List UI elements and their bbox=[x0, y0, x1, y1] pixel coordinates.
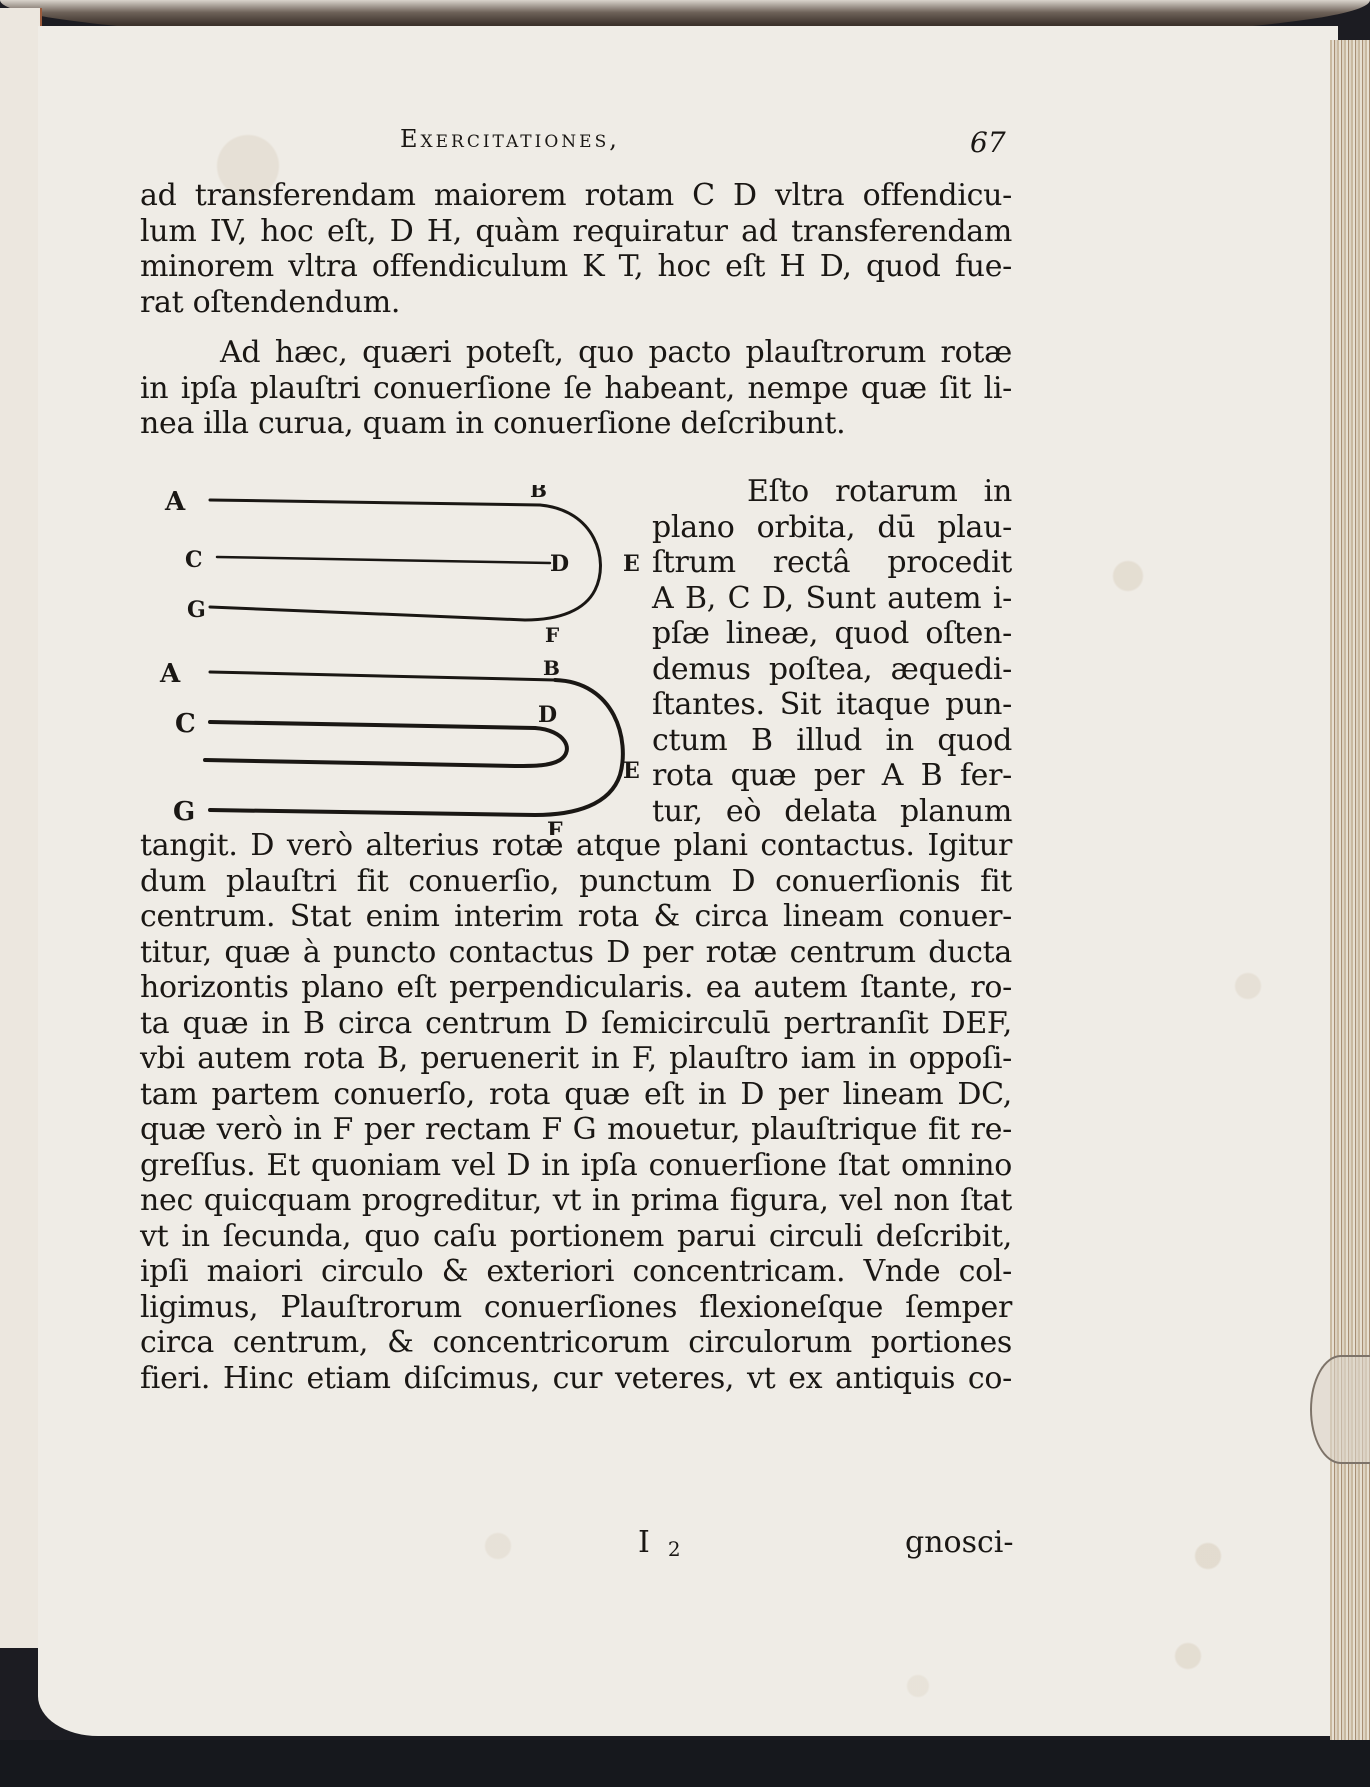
running-head: Exercitationes, bbox=[400, 125, 620, 153]
text-line: vt in ſecunda, quo caſu portionem parui … bbox=[140, 1219, 1012, 1255]
text-line: pſæ lineæ, quod oſten- bbox=[652, 616, 1012, 652]
label-a: A bbox=[164, 487, 186, 517]
label-e: E bbox=[623, 551, 640, 577]
label-c: C bbox=[185, 547, 203, 573]
text-line: ligimus, Plauſtrorum conuerſiones flexio… bbox=[140, 1290, 1012, 1326]
text-line: titur, quæ à puncto contactus D per rotæ… bbox=[140, 935, 1012, 971]
text-line: nea illa curua, quam in conuerſione deſc… bbox=[140, 406, 1012, 442]
text-block-bottom: tangit. D verò alterius rotæ atque plani… bbox=[140, 828, 1012, 1396]
label-c: C bbox=[175, 709, 196, 739]
figure-1 bbox=[210, 500, 600, 620]
figure-2 bbox=[205, 672, 623, 815]
text-line: quæ verò in F per rectam F G mouetur, pl… bbox=[140, 1112, 1012, 1148]
text-line: ta quæ in B circa centrum D ſemicirculū … bbox=[140, 1006, 1012, 1042]
text-line: centrum. Stat enim interim rota & circa … bbox=[140, 899, 1012, 935]
text-line: Eſto rotarum in bbox=[652, 474, 1012, 510]
label-b: B bbox=[543, 656, 560, 680]
text-line: ſtrum rectâ procedit bbox=[652, 545, 1012, 581]
previous-leaf-edge bbox=[0, 8, 42, 1648]
paragraph-ad-haec: Ad hæc, quæri poteſt, quo pacto plauſtro… bbox=[140, 335, 1012, 442]
text-block-top: ad transferendam maiorem rotam C D vltra… bbox=[140, 178, 1012, 320]
label-e: E bbox=[623, 758, 640, 784]
label-g: G bbox=[187, 597, 206, 623]
page-number: 67 bbox=[970, 126, 1006, 159]
label-d: D bbox=[550, 551, 569, 577]
text-line: rat oſtendendum. bbox=[140, 285, 1012, 321]
scan-background bbox=[0, 1740, 1370, 1787]
text-line: lum IV, hoc eſt, D H, quàm requiratur ad… bbox=[140, 214, 1012, 250]
label-f: F bbox=[545, 623, 559, 647]
label-a: A bbox=[159, 659, 181, 689]
label-b: B bbox=[530, 485, 547, 502]
text-line: ad transferendam maiorem rotam C D vltra… bbox=[140, 178, 1012, 214]
text-line: dum plauſtri fit conuerſio, punctum D co… bbox=[140, 864, 1012, 900]
signature-letter: I bbox=[638, 1525, 650, 1560]
text-line: nec quicquam progreditur, vt in prima fi… bbox=[140, 1183, 1012, 1219]
label-d: D bbox=[538, 702, 557, 728]
catchword: gnosci- bbox=[905, 1525, 1014, 1560]
signature-mark: I2 bbox=[638, 1525, 681, 1561]
text-column-beside-figure: Eſto rotarum in plano orbita, dū plau- ſ… bbox=[652, 474, 1012, 829]
text-line: Ad hæc, quæri poteſt, quo pacto plauſtro… bbox=[140, 335, 1012, 371]
text-line: fieri. Hinc etiam diſcimus, cur veteres,… bbox=[140, 1361, 1012, 1397]
text-line: circa centrum, & concentricorum circulor… bbox=[140, 1325, 1012, 1361]
text-line: tur, eò delata planum bbox=[652, 794, 1012, 830]
text-line: rota quæ per A B fer- bbox=[652, 758, 1012, 794]
text-line: greſſus. Et quoniam vel D in ipſa conuer… bbox=[140, 1148, 1012, 1184]
signature-number: 2 bbox=[668, 1537, 681, 1561]
text-line: ſtantes. Sit itaque pun- bbox=[652, 687, 1012, 723]
wheel-path-diagram: A B C D E G F A B C D E G F bbox=[155, 485, 645, 835]
figure-1-labels: A B C D E G F bbox=[164, 485, 640, 647]
text-line: ctum B illud in quod bbox=[652, 723, 1012, 759]
text-line: minorem vltra offendiculum K T, hoc eſt … bbox=[140, 249, 1012, 285]
text-line: in ipſa plauſtri conuerſione ſe habeant,… bbox=[140, 371, 1012, 407]
text-line: tangit. D verò alterius rotæ atque plani… bbox=[140, 828, 1012, 864]
text-line: tam partem conuerſo, rota quæ eſt in D p… bbox=[140, 1077, 1012, 1113]
text-line: plano orbita, dū plau- bbox=[652, 510, 1012, 546]
text-line: horizontis plano eſt perpendicularis. ea… bbox=[140, 970, 1012, 1006]
text-line: ipſi maiori circulo & exteriori concentr… bbox=[140, 1254, 1012, 1290]
text-line: vbi autem rota B, peruenerit in F, plauſ… bbox=[140, 1041, 1012, 1077]
page-fore-edge bbox=[1330, 40, 1370, 1740]
label-g: G bbox=[173, 797, 195, 827]
clasp-shape bbox=[1310, 1355, 1370, 1464]
text-line: A B, C D, Sunt autem i- bbox=[652, 581, 1012, 617]
text-line: demus poſtea, æquedi- bbox=[652, 652, 1012, 688]
